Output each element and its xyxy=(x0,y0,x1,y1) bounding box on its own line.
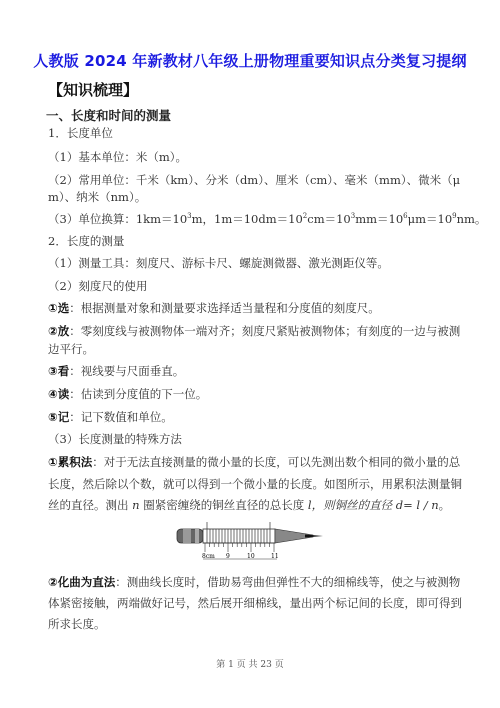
svg-text:9: 9 xyxy=(226,553,230,560)
pencil-ruler-figure: 8cm 9 10 11 xyxy=(175,510,325,560)
curve-to-straight-cont-2: 所求长度。 xyxy=(48,617,462,632)
common-units-line: （2）常用单位：千米（km）、分米（dm）、厘米（cm）、毫米（mm）、微米（μ xyxy=(48,173,462,188)
page-footer: 第 1 页 共 23 页 xyxy=(0,657,500,670)
step-select: ①选：根据测量对象和测量要求选择适当量程和分度值的刻度尺。 xyxy=(48,301,462,316)
basic-unit-line: （1）基本单位：米（m）。 xyxy=(48,150,462,165)
section-tag: 【知识梳理】 xyxy=(48,79,138,100)
heading-length-time: 一、长度和时间的测量 xyxy=(46,106,171,124)
ruler-usage-heading: （2）刻度尺的使用 xyxy=(48,279,462,294)
pencil-wire-diagram-icon: 8cm 9 10 11 xyxy=(175,510,325,560)
subheading-length-measurement: 2．长度的测量 xyxy=(48,234,462,249)
step-place: ②放：零刻度线与被测物体一端对齐；刻度尺紧贴被测物体；有刻度的一边与被测 xyxy=(48,324,462,339)
accumulation-method: ①累积法：对于无法直接测量的微小量的长度，可以先测出数个相同的微小量的总 xyxy=(48,455,462,470)
tools-line: （1）测量工具：刻度尺、游标卡尺、螺旋测微器、激光测距仪等。 xyxy=(48,256,462,271)
svg-text:8cm: 8cm xyxy=(202,553,215,560)
unit-conversion-line: （3）单位换算：1km＝103m，1m＝10dm＝102cm＝103mm＝106… xyxy=(48,212,462,227)
accumulation-method-cont: 长度，然后除以个数，就可以得到一个微小量的长度。如图所示，用累积法测量铜 xyxy=(48,477,462,492)
step-place-cont: 边平行。 xyxy=(48,342,462,357)
document-title: 人教版 2024 年新教材八年级上册物理重要知识点分类复习提纲 xyxy=(0,50,500,71)
common-units-line-cont: m）、纳米（nm）。 xyxy=(48,190,462,205)
svg-text:11: 11 xyxy=(271,553,279,560)
special-methods-heading: （3）长度测量的特殊方法 xyxy=(48,432,462,447)
svg-text:10: 10 xyxy=(247,553,255,560)
curve-to-straight-method: ②化曲为直法：测曲线长度时，借助易弯曲但弹性不大的细棉线等，使之与被测物 xyxy=(48,575,462,590)
subheading-length-unit: 1．长度单位 xyxy=(48,126,462,141)
step-record: ⑤记：记下数值和单位。 xyxy=(48,410,462,425)
curve-to-straight-cont-1: 体紧密接触，两端做好记号，然后展开细棉线，量出两个标记间的长度，即可得到 xyxy=(48,596,462,611)
step-read: ④读：估读到分度值的下一位。 xyxy=(48,387,462,402)
step-look: ③看：视线要与尺面垂直。 xyxy=(48,364,462,379)
